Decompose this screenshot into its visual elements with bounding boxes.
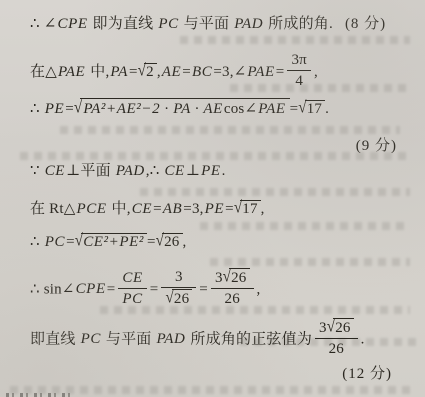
equals-sign: = (65, 101, 74, 117)
text-segment: , (261, 201, 265, 217)
equals-sign: = (290, 101, 299, 117)
text-segment: 即为直线 (89, 16, 158, 32)
score-badge-8: (8 分) (345, 16, 386, 32)
score-badge-12: (12 分) (342, 366, 392, 382)
equals-sign: = (225, 201, 234, 217)
text-segment: ⊥平面 (66, 163, 115, 179)
math-var: PE (44, 101, 66, 117)
solution-line-pc-formula: ∴ PC=√CE²+PE²=√26, (30, 232, 186, 251)
radicand: PA²+AE²−2 · PA · AEcos∠PAE (80, 98, 289, 118)
clipped-text-fragment (6, 393, 76, 397)
fraction-ce-pc: CEPC (118, 269, 146, 308)
sqrt-radical: √2 (138, 63, 157, 81)
solution-line-conclusion: 即直线 PC 与平面 PAD 所成角的正弦值为3√2626. (30, 320, 365, 360)
bleedthrough-mark (180, 36, 410, 44)
text-segment: 即直线 (30, 331, 80, 347)
math-var: CPE (56, 16, 88, 32)
fraction-numerator: 3 (161, 268, 196, 288)
radicand: 26 (229, 268, 249, 287)
sqrt-radical: √17 (234, 200, 261, 218)
equals-sign: = (199, 281, 208, 297)
text-segment: 在 Rt△ (30, 201, 75, 217)
text-segment: =3, (183, 201, 203, 217)
math-var: PAE (246, 64, 275, 80)
text-segment: 中, (108, 201, 131, 217)
radical-sign: √ (75, 232, 83, 251)
radical-sign: √ (234, 199, 242, 218)
text-segment: ∵ (30, 163, 44, 179)
radical-sign: √ (156, 232, 164, 251)
math-var: AE (161, 64, 183, 80)
math-var: PC (80, 331, 102, 347)
score-line-9: (9 分) (356, 134, 397, 155)
solution-line-sine-formula: ∴ sin∠CPE=CEPC=3√26=3√2626, (30, 270, 260, 310)
text-segment: ∴ (30, 234, 44, 250)
fraction-3-sqrt26: 3√26 (161, 268, 196, 308)
text-segment: , (314, 64, 318, 80)
bleedthrough-mark (140, 188, 410, 196)
math-expr: PA²+AE²−2 · PA · AE (82, 101, 224, 117)
math-var: PA (109, 64, 129, 80)
fraction-numerator: CE (118, 269, 146, 289)
equals-sign: = (276, 64, 285, 80)
equals-sign: = (150, 281, 159, 297)
score-line-12: (12 分) (342, 362, 392, 383)
math-var: PC (44, 234, 66, 250)
radical-sign: √ (223, 267, 231, 287)
text-segment: . (222, 163, 226, 179)
text-segment: , (257, 281, 261, 297)
sqrt-radical: √17 (298, 100, 325, 118)
sqrt-radical: √26 (165, 289, 192, 308)
math-var: CE (131, 201, 153, 217)
text-segment: 与平面 (102, 331, 156, 347)
perpendicular-sign: ⊥ (186, 163, 200, 179)
text-segment: 中, (86, 64, 109, 80)
radicand: 17 (305, 100, 325, 118)
radical-sign: √ (327, 317, 335, 337)
text-segment: =3,∠ (213, 64, 246, 80)
math-var: PAD (115, 163, 146, 179)
fraction-denominator: 4 (287, 71, 310, 90)
scanned-solution-page: ∴ ∠CPE 即为直线 PC 与平面 PAD 所成的角.(8 分) 在△PAE … (0, 0, 425, 397)
text-segment: ,∴ (146, 163, 164, 179)
equals-sign: = (153, 201, 162, 217)
math-var: PE (200, 163, 222, 179)
math-var: PE (204, 201, 226, 217)
text-segment: ∴ ∠ (30, 16, 56, 32)
equals-sign: = (66, 234, 75, 250)
sqrt-radical: √26 (223, 268, 250, 287)
text-segment: 与平面 (180, 16, 234, 32)
text-segment: . (325, 101, 329, 117)
fraction-denominator: PC (118, 289, 146, 308)
math-var: PCE (75, 201, 107, 217)
sqrt-radical-long: √PA²+AE²−2 · PA · AEcos∠PAE (74, 98, 290, 118)
bleedthrough-mark (210, 258, 410, 266)
radicand: CE²+PE² (81, 233, 147, 251)
text-segment: . (361, 331, 365, 347)
fraction-numerator: 3√26 (211, 268, 254, 289)
bleedthrough-mark (200, 222, 410, 230)
radical-sign: √ (74, 99, 82, 118)
fraction-3sqrt26-26: 3√2626 (211, 268, 254, 308)
radicand: 17 (240, 200, 260, 218)
coefficient: 3 (319, 320, 327, 336)
fraction-denominator: 26 (315, 339, 358, 358)
radical-sign: √ (298, 99, 306, 118)
text-segment: 在△ (30, 64, 57, 80)
equals-sign: = (147, 234, 156, 250)
text-segment: , (183, 234, 187, 250)
math-var: CE (163, 163, 185, 179)
solution-line-pe-formula: ∴ PE=√PA²+AE²−2 · PA · AEcos∠PAE=√17. (30, 98, 329, 118)
sqrt-radical: √CE²+PE² (75, 233, 147, 251)
math-var: CE (44, 163, 66, 179)
math-var: AB (162, 201, 184, 217)
radicand: 26 (172, 289, 192, 308)
solution-line-rt-triangle: 在 Rt△PCE 中,CE=AB=3,PE=√17, (30, 197, 265, 218)
solution-line-triangle-pae: 在△PAE 中,PA=√2,AE=BC=3,∠PAE=3π4, (30, 53, 318, 92)
fraction-3sqrt26-26: 3√2626 (315, 318, 358, 358)
math-var: BC (191, 64, 213, 80)
radical-sign: √ (138, 62, 146, 81)
math-var: PAE (57, 64, 86, 80)
bleedthrough-mark (60, 126, 400, 134)
sqrt-radical: √26 (156, 233, 183, 251)
solution-line-angle-statement: ∴ ∠CPE 即为直线 PC 与平面 PAD 所成的角.(8 分) (30, 12, 386, 33)
radicand: 26 (333, 318, 353, 337)
math-var: PAE (257, 101, 286, 117)
radicand: 26 (162, 233, 182, 251)
cos-operator: cos∠ (224, 101, 257, 117)
fraction-3pi-4: 3π4 (287, 51, 310, 90)
sqrt-radical: √26 (327, 318, 354, 337)
fraction-denominator: 26 (211, 289, 254, 308)
equals-sign: = (129, 64, 138, 80)
score-badge-9: (9 分) (356, 138, 397, 154)
text-segment: ∴ (30, 101, 44, 117)
fraction-numerator: 3√26 (315, 318, 358, 339)
sin-operator: ∴ sin∠ (30, 281, 75, 297)
fraction-denominator: √26 (161, 288, 196, 308)
radical-sign: √ (165, 288, 173, 308)
math-var: PAD (233, 16, 264, 32)
coefficient: 3 (215, 270, 223, 286)
fraction-numerator: 3π (287, 51, 310, 71)
math-var: CPE (75, 281, 107, 297)
equals-sign: = (107, 281, 116, 297)
text-segment: 所成的角. (264, 16, 333, 32)
text-segment: 所成角的正弦值为 (186, 331, 312, 347)
math-var: PC (157, 16, 179, 32)
equals-sign: = (182, 64, 191, 80)
math-var: PAD (155, 331, 186, 347)
solution-line-perpendicular: ∵ CE⊥平面 PAD,∴ CE⊥PE. (30, 159, 226, 180)
